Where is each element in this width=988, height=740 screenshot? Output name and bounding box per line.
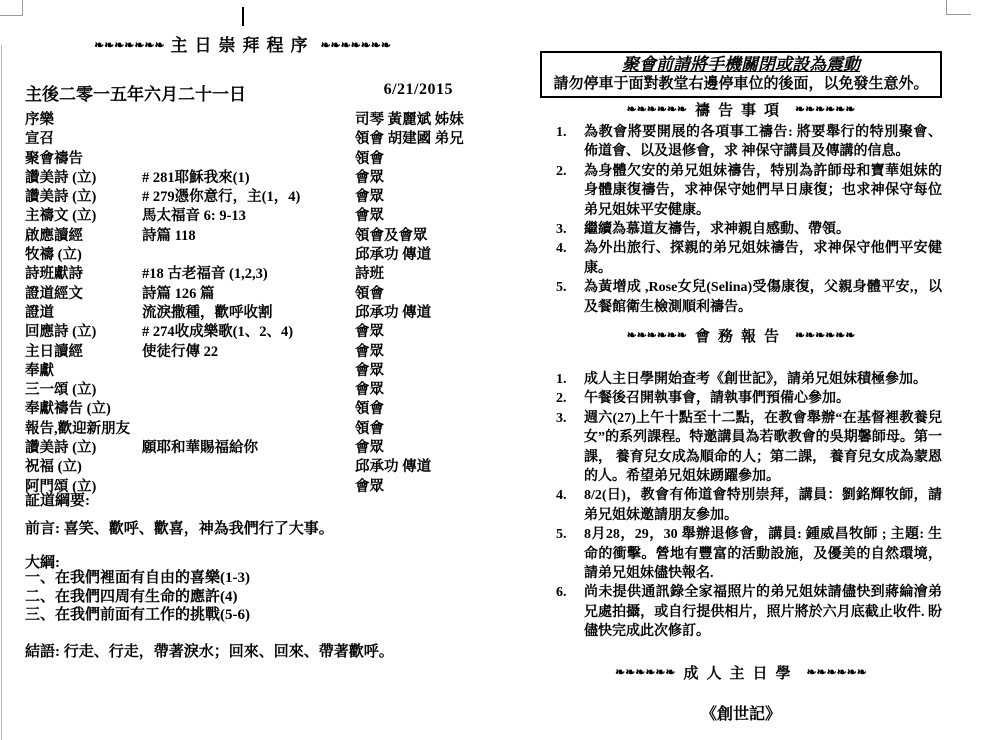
table-cell-detail: 馬太福音 6: 9-13 [142,207,246,226]
preface-text: 前言: 喜笑、歡呼、歡喜，神為我們行了大事。 [25,517,334,538]
table-cell-detail: 願耶和華賜福給你 [142,439,258,458]
table-row: 回應詩 (立)# 274收成樂歌(1、2、4)會眾 [25,323,460,342]
table-cell-detail: # 279憑你意行，主(1，4) [142,188,300,207]
outline-list: 一、在我們裡面有自由的喜樂(1-3)二、在我們四周有生命的應許(4)三、在我們前… [25,569,250,625]
table-cell-item: 三一頌 (立) [25,381,96,400]
prayer-section-heading: ❧❧❧❧❧❧禱告事項❧❧❧❧❧❧ [540,99,942,120]
table-cell-leader: 會眾 [355,439,384,458]
table-row: 序樂司琴 黃麗斌 姊妹 [25,111,460,130]
table-cell-item: 讚美詩 (立) [25,169,96,188]
list-item: 3.繼續為慕道友禱告，求神親自感動、帶領。 [540,220,942,239]
list-item-number: 2. [556,389,584,408]
list-item-text: 繼續為慕道友禱告，求神親自感動、帶領。 [584,220,942,239]
table-cell-leader: 領會及會眾 [355,227,428,246]
table-cell-leader: 會眾 [355,188,384,207]
prayer-ornament-right-icon: ❧❧❧❧❧❧ [795,102,855,116]
list-item-text: 三、在我們前面有工作的挑戰(5-6) [25,606,250,625]
table-cell-detail: #18 古老福音 (1,2,3) [142,265,268,284]
table-cell-leader: 邱承功 傳道 [355,304,431,323]
table-cell-leader: 會眾 [355,478,384,497]
table-cell-leader: 邱承功 傳道 [355,246,431,265]
list-item: 5.為黃增成 ,Rose女兒(Selina)受傷康復，父親身體平安,，以及餐館衛… [540,278,942,317]
table-row: 詩班獻詩#18 古老福音 (1,2,3)詩班 [25,265,460,284]
title-ornament-left-icon: ❧❧❧❧❧❧❧ [94,38,164,52]
table-row: 阿門頌 (立)會眾 [25,478,460,497]
announcements-section-heading: ❧❧❧❧❧❧會務報告❧❧❧❧❧❧ [540,325,942,346]
table-cell-item: 回應詩 (立) [25,323,96,342]
list-item-text: 成人主日學開始查考《創世記》，請弟兄姐妹積極參加。 [584,370,942,389]
page-edge-line [1,45,2,740]
list-item: 二、在我們四周有生命的應許(4) [25,588,250,607]
adult-sunday-school-heading: ❧❧❧❧❧❧成人主日學❧❧❧❧❧❧ [540,662,942,683]
table-cell-leader: 會眾 [355,169,384,188]
table-cell-item: 啟應讀經 [25,227,83,246]
table-cell-item: 讚美詩 (立) [25,439,96,458]
table-cell-item: 主禱文 (立) [25,207,96,226]
page-title: 主日崇拜程序 [171,36,315,55]
list-item-number: 6. [556,583,584,602]
table-cell-item: 奉獻 [25,362,54,381]
list-item: 5.8月28，29，30 舉辦退修會，講員: 鍾威昌牧師 ; 主題: 生命的衝擊… [540,525,942,583]
table-row: 報告,歡迎新朋友領會 [25,420,460,439]
table-cell-item: 讚美詩 (立) [25,188,96,207]
table-cell-item: 聚會禱告 [25,150,83,169]
conclusion-text: 結語: 行走、行走，帶著淚水；回來、回來、帶著歡呼。 [25,640,394,661]
service-date-numeric: 6/21/2015 [384,81,453,99]
phone-notice-box: 聚會前請將手機關閉或設為震動 請勿停車于面對教堂右邊停車位的後面，以免發生意外。 [540,51,942,98]
table-cell-leader: 會眾 [355,323,384,342]
table-cell-item: 序樂 [25,111,54,130]
announcements-section-title: 會務報告 [695,329,787,345]
table-cell-leader: 領會 [355,400,384,419]
adult-sunday-school-title: 成人主日學 [683,666,798,682]
list-item: 6.尚未提供通訊錄全家福照片的弟兄姐妹請儘快到蔣綸澮弟兄處拍攝，或自行提供相片，… [540,583,942,641]
table-cell-leader: 會眾 [355,362,384,381]
table-row: 宣召領會 胡建國 弟兄 [25,130,460,149]
report-ornament-left-icon: ❧❧❧❧❧❧ [627,328,687,342]
table-cell-leader: 領會 [355,150,384,169]
title-ornament-right-icon: ❧❧❧❧❧❧❧ [321,38,391,52]
sermon-outline-heading: 証道綱要: [25,489,90,510]
table-cell-detail: 使徒行傳 22 [142,343,218,362]
table-row: 證道流淚撒種，歡呼收割邱承功 傳道 [25,304,460,323]
table-cell-leader: 領會 胡建國 弟兄 [355,130,464,149]
list-item-number: 1. [556,123,584,142]
table-cell-item: 祝福 (立) [25,458,82,477]
list-item: 4.為外出旅行、探親的弟兄姐妹禱告，求神保守他們平安健康。 [540,239,942,278]
list-item-number: 4. [556,486,584,505]
list-item-number: 1. [556,370,584,389]
prayer-section-title: 禱告事項 [695,103,787,119]
table-cell-detail: 詩篇 126 篇 [142,285,215,304]
table-cell-item: 宣召 [25,130,54,149]
table-row: 證道經文詩篇 126 篇領會 [25,285,460,304]
list-item-text: 為教會將要開展的各項事工禱告: 將要舉行的特別聚會、佈道會、以及退修會，求 神保… [584,123,942,162]
list-item-text: 一、在我們裡面有自由的喜樂(1-3) [25,569,250,588]
notice-line-2: 請勿停車于面對教堂右邊停車位的後面，以免發生意外。 [542,75,940,94]
date-row: 主後二零一五年六月二十一日 6/21/2015 [25,80,455,105]
table-cell-item: 牧禱 (立) [25,246,82,265]
table-cell-leader: 領會 [355,285,384,304]
table-cell-detail: # 274收成樂歌(1、2、4) [142,323,293,342]
notice-line-1: 聚會前請將手機關閉或設為震動 [542,54,940,75]
table-row: 啟應讀經詩篇 118領會及會眾 [25,227,460,246]
service-date-chinese: 主後二零一五年六月二十一日 [25,85,246,104]
list-item-number: 3. [556,220,584,239]
list-item-number: 3. [556,409,584,428]
announcements-list: 1.成人主日學開始查考《創世記》，請弟兄姐妹積極參加。2.午餐後召開執事會，請執… [540,370,942,642]
table-cell-leader: 邱承功 傳道 [355,458,431,477]
study-book-title: 《創世記》 [540,701,942,724]
table-row: 主禱文 (立)馬太福音 6: 9-13會眾 [25,207,460,226]
crop-mark-top-left [0,0,23,16]
church-bulletin-document: { "left": { "title": { "ornament_left": … [0,0,988,740]
table-row: 三一頌 (立)會眾 [25,381,460,400]
table-row: 祝福 (立)邱承功 傳道 [25,458,460,477]
list-item-text: 為身體欠安的弟兄姐妹禱告，特別為許師母和寶華姐妹的身體康復禱告，求神保守她們早日… [584,162,942,220]
table-row: 牧禱 (立)邱承功 傳道 [25,246,460,265]
list-item-number: 5. [556,525,584,544]
table-cell-leader: 詩班 [355,265,384,284]
table-cell-detail: 詩篇 118 [142,227,196,246]
table-cell-item: 報告,歡迎新朋友 [25,420,130,439]
list-item-text: 8月28，29，30 舉辦退修會，講員: 鍾威昌牧師 ; 主題: 生命的衝擊。營… [584,525,942,583]
sunday-school-ornament-left-icon: ❧❧❧❧❧❧ [615,665,675,679]
list-item: 三、在我們前面有工作的挑戰(5-6) [25,606,250,625]
table-cell-leader: 司琴 黃麗斌 姊妹 [355,111,464,130]
list-item-text: 8/2(日)，教會有佈道會特別崇拜，講員：劉銘輝牧師，請弟兄姐妹邀請朋友參加。 [584,486,942,525]
list-item-number: 4. [556,239,584,258]
table-row: 奉獻會眾 [25,362,460,381]
list-item-text: 尚未提供通訊錄全家福照片的弟兄姐妹請儘快到蔣綸澮弟兄處拍攝，或自行提供相片，照片… [584,583,942,641]
list-item-text: 午餐後召開執事會，請執事們預備心參加。 [584,389,942,408]
prayer-list: 1.為教會將要開展的各項事工禱告: 將要舉行的特別聚會、佈道會、以及退修會，求 … [540,123,942,317]
list-item: 2.午餐後召開執事會，請執事們預備心參加。 [540,389,942,408]
list-item-number: 5. [556,278,584,297]
list-item: 1.成人主日學開始查考《創世記》，請弟兄姐妹積極參加。 [540,370,942,389]
table-cell-leader: 領會 [355,420,384,439]
table-cell-leader: 會眾 [355,343,384,362]
list-item: 一、在我們裡面有自由的喜樂(1-3) [25,569,250,588]
list-item: 2.為身體欠安的弟兄姐妹禱告，特別為許師母和寶華姐妹的身體康復禱告，求神保守她們… [540,162,942,220]
table-row: 聚會禱告領會 [25,150,460,169]
list-item-text: 週六(27)上午十點至十二點，在教會舉辦“在基督裡教養兒女”的系列課程。特邀講員… [584,409,942,487]
crop-mark-top-right [946,0,971,15]
table-row: 讚美詩 (立)# 281耶穌我來(1)會眾 [25,169,460,188]
table-row: 主日讀經使徒行傳 22會眾 [25,343,460,362]
table-cell-item: 證道經文 [25,285,83,304]
table-row: 讚美詩 (立)# 279憑你意行，主(1，4)會眾 [25,188,460,207]
page-title-row: ❧❧❧❧❧❧❧主日崇拜程序❧❧❧❧❧❧❧ [25,31,460,56]
program-table: 序樂司琴 黃麗斌 姊妹宣召領會 胡建國 弟兄聚會禱告領會讚美詩 (立)# 281… [25,111,460,497]
table-cell-item: 奉獻禱告 (立) [25,400,111,419]
list-item: 1.為教會將要開展的各項事工禱告: 將要舉行的特別聚會、佈道會、以及退修會，求 … [540,123,942,162]
table-row: 奉獻禱告 (立)領會 [25,400,460,419]
text-cursor [242,7,244,26]
prayer-ornament-left-icon: ❧❧❧❧❧❧ [627,102,687,116]
table-cell-detail: # 281耶穌我來(1) [142,169,250,188]
list-item: 4.8/2(日)，教會有佈道會特別崇拜，講員：劉銘輝牧師，請弟兄姐妹邀請朋友參加… [540,486,942,525]
list-item-text: 為外出旅行、探親的弟兄姐妹禱告，求神保守他們平安健康。 [584,239,942,278]
list-item-text: 二、在我們四周有生命的應許(4) [25,588,250,607]
list-item: 3.週六(27)上午十點至十二點，在教會舉辦“在基督裡教養兒女”的系列課程。特邀… [540,409,942,487]
table-row: 讚美詩 (立)願耶和華賜福給你會眾 [25,439,460,458]
table-cell-leader: 會眾 [355,381,384,400]
table-cell-item: 詩班獻詩 [25,265,83,284]
report-ornament-right-icon: ❧❧❧❧❧❧ [795,328,855,342]
table-cell-leader: 會眾 [355,207,384,226]
table-cell-item: 主日讀經 [25,343,83,362]
table-cell-detail: 流淚撒種，歡呼收割 [142,304,273,323]
list-item-number: 2. [556,162,584,181]
table-cell-item: 證道 [25,304,54,323]
list-item-text: 為黃增成 ,Rose女兒(Selina)受傷康復，父親身體平安,，以及餐館衛生檢… [584,278,942,317]
sunday-school-ornament-right-icon: ❧❧❧❧❧❧ [807,665,867,679]
